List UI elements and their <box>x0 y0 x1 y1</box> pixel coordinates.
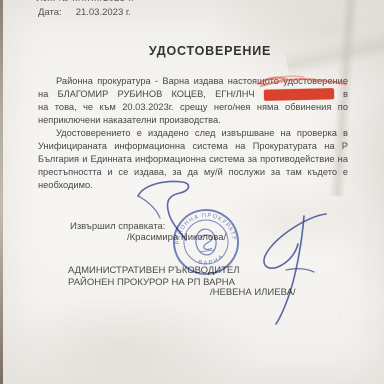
reg-number-line-clipped: Изх. № ………/2023 г. <box>36 0 134 3</box>
paper-left-edge-shadow <box>0 0 3 384</box>
document-body: Районна прокуратура - Варна издава насто… <box>38 75 348 192</box>
scanned-certificate-photo: Изх. № ………/2023 г. Дата:21.03.2023 г. УД… <box>0 0 384 384</box>
body-line: Удостоверението е издадено след извършва… <box>38 127 348 140</box>
signature-clerk <box>130 178 215 246</box>
date-value: 21.03.2023 г. <box>76 7 131 18</box>
red-scribble-mark <box>252 70 352 92</box>
redaction-prefix-text: на БЛАГОМИР РУБИНОВ КОЦЕВ, ЕГН/ЛНЧ <box>38 89 255 99</box>
svg-text:ВАРНА: ВАРНА <box>196 252 226 267</box>
body-line: на това, че към 20.03.2023г. срещу него/… <box>38 101 348 114</box>
body-line: България и Единната информационна систем… <box>38 153 348 166</box>
date-label: Дата: <box>38 7 62 18</box>
date-row: Дата:21.03.2023 г. <box>38 7 131 18</box>
body-line: Унифицираната информационна система на П… <box>38 140 348 153</box>
body-line: неприключени наказателни производства. <box>38 114 348 127</box>
document-title: УДОСТОВЕРЕНИЕ <box>60 44 360 58</box>
signature-official <box>248 198 343 328</box>
